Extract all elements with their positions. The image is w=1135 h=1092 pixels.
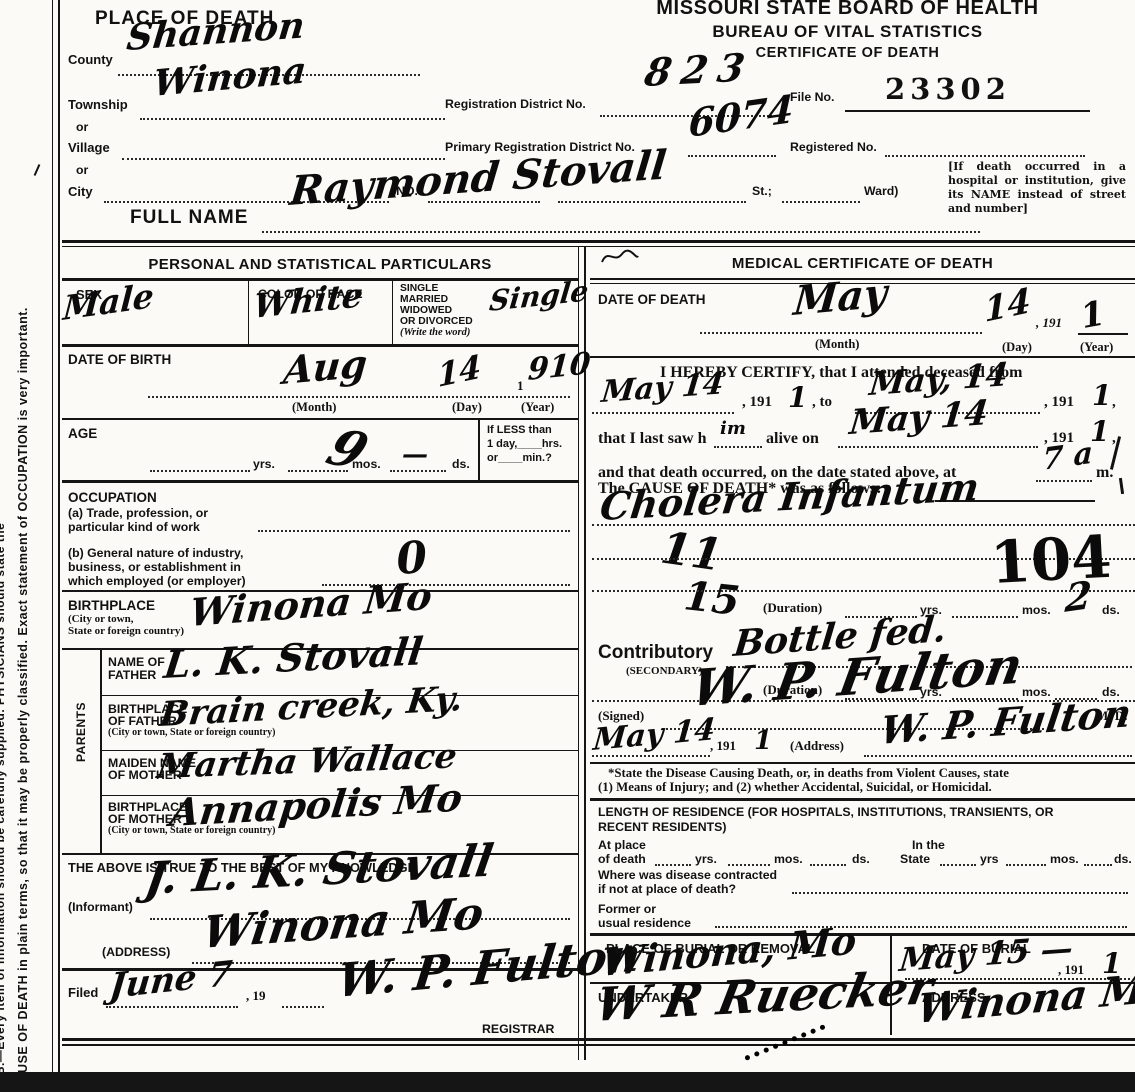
certify-from-year-printed: , 191 bbox=[742, 394, 772, 411]
contributory-label: Contributory bbox=[598, 642, 713, 664]
margin-note-inner: CAUSE OF DEATH in plain terms, so that i… bbox=[16, 0, 30, 1092]
race-marital-divider bbox=[392, 280, 393, 344]
footnote-line-2: (1) Means of Injury; and (2) whether Acc… bbox=[598, 780, 992, 795]
registration-district-label: Registration District No. bbox=[445, 97, 586, 111]
dob-year-printed: 1 bbox=[517, 378, 524, 394]
certify-from-date: May 14 bbox=[600, 369, 725, 408]
file-no-value: 23302 bbox=[885, 72, 1011, 106]
ink-scribble bbox=[598, 246, 640, 268]
footnote-line-1: *State the Disease Causing Death, or, in… bbox=[608, 766, 1009, 781]
signed-address-line bbox=[864, 755, 1132, 757]
occupation-b-line2: business, or establishment in bbox=[68, 560, 241, 574]
state-label: State bbox=[900, 852, 930, 866]
township-line bbox=[140, 118, 445, 120]
informant-address-label: (ADDRESS) bbox=[102, 945, 170, 959]
signed-date-value: May 14 bbox=[592, 715, 716, 756]
death-time-value: 7 a bbox=[1042, 438, 1093, 476]
age-label: AGE bbox=[68, 426, 97, 441]
township-value: Winona bbox=[152, 52, 308, 102]
registered-no-label: Registered No. bbox=[790, 140, 877, 154]
cause-duration-ds-value: 2 bbox=[1064, 576, 1093, 618]
cause-duration-ds-label: ds. bbox=[1102, 603, 1120, 617]
residence-title-1: LENGTH OF RESIDENCE (FOR HOSPITALS, INST… bbox=[598, 805, 1053, 819]
certify-to-year: 1 bbox=[1092, 382, 1111, 410]
cause-stray-mark-3: 15 bbox=[682, 576, 742, 622]
at-place-label-2: of death bbox=[598, 852, 646, 866]
age-note-divider bbox=[478, 418, 480, 480]
city-st-label: St.; bbox=[752, 184, 772, 198]
dob-year-label: (Year) bbox=[521, 400, 554, 415]
city-st-line bbox=[558, 201, 746, 203]
father-birthplace-value: Brain creek, Ky. bbox=[158, 682, 465, 732]
father-name-value: L. K. Stovall bbox=[162, 632, 425, 684]
marital-label-5: (Write the word) bbox=[400, 327, 470, 338]
age-ds-value: — bbox=[402, 442, 428, 468]
cause-duration-label: (Duration) bbox=[763, 600, 822, 616]
village-label: Village bbox=[68, 140, 110, 155]
marital-value: Single bbox=[488, 277, 590, 316]
registration-district-value: 823 bbox=[642, 48, 757, 92]
at-place-yrs-label: yrs. bbox=[695, 852, 717, 866]
state-yrs-label: yrs bbox=[980, 852, 998, 866]
dob-year-value: 910 bbox=[527, 349, 591, 386]
bottom-rule-1 bbox=[62, 1038, 1135, 1041]
date-of-death-label: DATE OF DEATH bbox=[598, 292, 706, 307]
ink-mark-right-edge-2 bbox=[1119, 478, 1124, 494]
age-ds-label: ds. bbox=[452, 457, 470, 471]
dob-row-rule bbox=[62, 418, 578, 420]
dod-month-label: (Month) bbox=[815, 337, 859, 352]
contributory-secondary-label: (SECONDARY) bbox=[626, 665, 703, 677]
former-label-1: Former or bbox=[598, 902, 656, 916]
race-value: White bbox=[252, 278, 365, 323]
state-mos-label: mos. bbox=[1050, 852, 1079, 866]
birthplace-sub-1: (City or town, bbox=[68, 613, 133, 625]
at-place-mos-label: mos. bbox=[774, 852, 803, 866]
certify-from-year: 1 bbox=[788, 384, 807, 412]
in-the-label: In the bbox=[912, 838, 945, 852]
certify-alive-on: alive on bbox=[766, 430, 819, 448]
hospital-note: [If death occurred in a hospital or inst… bbox=[948, 160, 1126, 216]
occupation-b-line3: which employed (or employer) bbox=[68, 574, 246, 588]
age-ds-line bbox=[390, 470, 446, 472]
certify-last-line bbox=[838, 446, 1038, 448]
footnote-bottom-rule bbox=[590, 798, 1135, 801]
dob-label: DATE OF BIRTH bbox=[68, 352, 171, 367]
contracted-label-1: Where was disease contracted bbox=[598, 868, 777, 882]
marital-label-3: WIDOWED bbox=[400, 305, 452, 316]
certify-from-line bbox=[592, 412, 734, 414]
age-yrs-label: yrs. bbox=[253, 457, 275, 471]
primary-district-value: 6074 bbox=[688, 90, 794, 143]
or-label-1: or bbox=[76, 120, 88, 134]
father-name-label-1: NAME OF bbox=[108, 655, 165, 669]
contracted-line bbox=[792, 892, 1128, 894]
at-place-yrs-line bbox=[655, 864, 691, 866]
dob-line bbox=[148, 396, 570, 398]
or-label-2: or bbox=[76, 163, 88, 177]
sex-race-divider bbox=[248, 280, 249, 344]
sex-value: Male bbox=[62, 279, 155, 325]
at-place-ds-line bbox=[810, 864, 846, 866]
signed-year: 1 bbox=[754, 728, 772, 754]
signed-address-value: W. P. Fulton bbox=[878, 694, 1134, 750]
age-note-3: or____min.? bbox=[487, 452, 552, 464]
cause-duration-mos-label: mos. bbox=[1022, 603, 1051, 617]
township-label: Township bbox=[68, 97, 128, 112]
signed-date-line bbox=[592, 755, 710, 757]
at-place-mos-line bbox=[728, 864, 770, 866]
bottom-scan-bar bbox=[0, 1072, 1135, 1092]
file-no-line bbox=[845, 110, 1090, 112]
date-of-death-month: May bbox=[792, 273, 889, 322]
dod-year-label: (Year) bbox=[1080, 340, 1113, 355]
bottom-rule-2 bbox=[62, 1044, 1135, 1046]
marital-label-2: MARRIED bbox=[400, 294, 448, 305]
filed-line bbox=[106, 1006, 238, 1008]
contracted-label-2: if not at place of death? bbox=[598, 882, 736, 896]
occupation-a-line bbox=[258, 530, 570, 532]
certify-him: im bbox=[720, 420, 746, 438]
full-name-line bbox=[262, 231, 980, 233]
bureau-title: BUREAU OF VITAL STATISTICS bbox=[560, 22, 1135, 42]
margin-rule-2 bbox=[58, 0, 60, 1075]
registered-no-line bbox=[885, 155, 1085, 157]
death-time-line bbox=[1036, 480, 1092, 482]
at-place-label-1: At place bbox=[598, 838, 646, 852]
state-ds-line bbox=[1084, 864, 1112, 866]
date-of-death-year-line bbox=[1078, 333, 1128, 335]
state-ds-label: ds. bbox=[1114, 852, 1132, 866]
occupation-a-line1: (a) Trade, profession, or bbox=[68, 506, 208, 520]
birthplace-sub-2: State or foreign country) bbox=[68, 625, 184, 637]
filed-year-printed: , 19 bbox=[246, 988, 266, 1004]
occupation-a-line2: particular kind of work bbox=[68, 520, 200, 534]
dob-day-value: 14 bbox=[437, 350, 482, 392]
occupation-b-line1: (b) General nature of industry, bbox=[68, 546, 243, 560]
filed-value: June 7 bbox=[108, 957, 234, 1004]
dod-row-rule bbox=[590, 356, 1135, 358]
marital-label-4: OR DIVORCED bbox=[400, 316, 473, 327]
file-no-label: File No. bbox=[790, 90, 834, 104]
at-place-ds-label: ds. bbox=[852, 852, 870, 866]
county-label: County bbox=[68, 52, 113, 67]
certify-comma-1: , bbox=[1112, 394, 1116, 411]
footnote-top-rule bbox=[590, 762, 1135, 764]
ink-tick bbox=[34, 164, 41, 176]
dob-month-label: (Month) bbox=[292, 400, 336, 415]
age-yrs-line bbox=[150, 470, 250, 472]
medical-title: MEDICAL CERTIFICATE OF DEATH bbox=[590, 255, 1135, 272]
certify-last-date: May 14 bbox=[848, 396, 990, 440]
city-ward-line bbox=[782, 201, 860, 203]
residence-title-2: RECENT RESIDENTS) bbox=[598, 820, 726, 834]
county-value: Shannon bbox=[125, 7, 306, 56]
date-of-death-day: 14 bbox=[984, 284, 1031, 328]
certify-to-label: , to bbox=[812, 394, 832, 411]
date-of-death-line bbox=[700, 332, 982, 334]
marital-label-1: SINGLE bbox=[400, 283, 438, 294]
cause-stray-mark-temp: 104 bbox=[989, 528, 1113, 592]
dod-day-label: (Day) bbox=[1002, 340, 1032, 355]
certify-to-year-printed: , 191 bbox=[1044, 394, 1074, 411]
personal-title: PERSONAL AND STATISTICAL PARTICULARS bbox=[62, 256, 578, 273]
birthplace-label: BIRTHPLACE bbox=[68, 598, 155, 613]
margin-note-outer: N. B.—Every item of information should b… bbox=[0, 0, 7, 1092]
date-of-death-year-printed: , 191 bbox=[1036, 315, 1062, 331]
header-bottom-rule bbox=[62, 240, 1135, 243]
board-title: MISSOURI STATE BOARD OF HEALTH bbox=[560, 0, 1135, 20]
mother-birthplace-value: Annapolis Mo bbox=[168, 778, 464, 832]
former-label-2: usual residence bbox=[598, 916, 691, 930]
parents-label: PARENTS bbox=[74, 702, 88, 762]
death-certificate: N. B.—Every item of information should b… bbox=[0, 0, 1135, 1092]
cause-stray-mark-1: 11 bbox=[658, 526, 725, 578]
age-note-2: 1 day,____hrs. bbox=[487, 438, 562, 450]
cause-line-3 bbox=[592, 590, 1135, 592]
informant-label: (Informant) bbox=[68, 900, 133, 914]
father-name-label-2: FATHER bbox=[108, 668, 156, 682]
signed-address-label: (Address) bbox=[790, 738, 844, 754]
filed-year-line bbox=[282, 1006, 324, 1008]
state-mos-line bbox=[1006, 864, 1046, 866]
margin-rule-1 bbox=[52, 0, 53, 1075]
filed-label: Filed bbox=[68, 985, 98, 1000]
dob-day-label: (Day) bbox=[452, 400, 482, 415]
city-label: City bbox=[68, 184, 93, 199]
primary-district-line bbox=[688, 155, 776, 157]
state-yrs-line bbox=[940, 864, 976, 866]
ink-trail bbox=[744, 1024, 826, 1061]
age-row-rule bbox=[62, 480, 578, 483]
occupation-label: OCCUPATION bbox=[68, 490, 157, 505]
certify-him-line bbox=[714, 446, 762, 448]
full-name-label: FULL NAME bbox=[130, 207, 248, 229]
undertaker-address-value: Winona Mo bbox=[915, 967, 1135, 1030]
date-of-death-year: 1 bbox=[1078, 296, 1107, 334]
city-ward-label: Ward) bbox=[864, 184, 898, 198]
age-note-1: If LESS than bbox=[487, 424, 552, 436]
signed-year-printed: , 191 bbox=[710, 738, 736, 754]
dob-month-value: Aug bbox=[282, 344, 369, 390]
registrar-label: REGISTRAR bbox=[482, 1022, 554, 1036]
cause-duration-mos-line bbox=[952, 616, 1018, 618]
certify-last-saw: that I last saw h bbox=[598, 430, 706, 448]
